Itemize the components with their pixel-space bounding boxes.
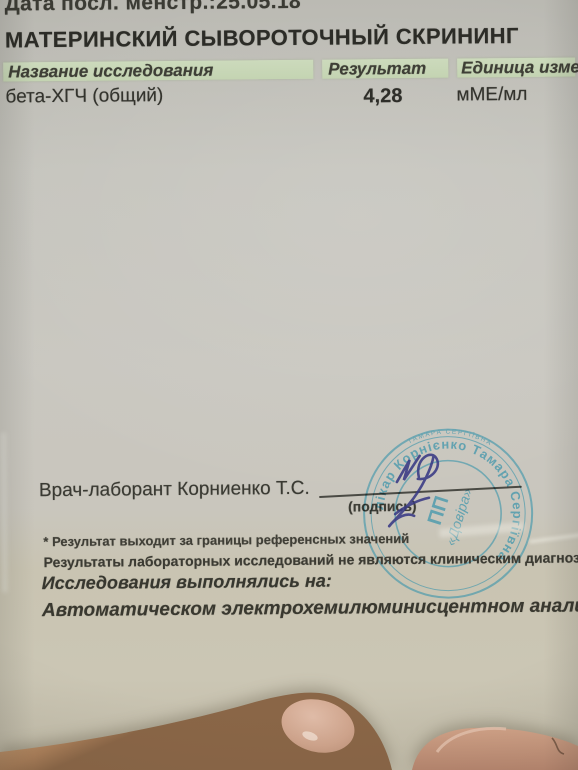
report-title: МАТЕРИНСКИЙ СЫВОРОТОЧНЫЙ СКРИНИНГ	[5, 23, 519, 53]
test-result-cell: 4,28	[363, 85, 402, 108]
table-header-name-label: Название исследования	[8, 61, 213, 83]
table-header-result-label: Результат	[328, 59, 426, 80]
reference-range-footnote: * Результат выходит за границы референсн…	[43, 531, 409, 549]
document-photo: Дата посл. менстр.:25.05.18 МАТЕРИНСКИЙ …	[0, 0, 578, 770]
table-header-unit-label: Единица изме	[461, 57, 578, 78]
doctor-name-label: Врач-лаборант Корниенко Т.С.	[39, 478, 310, 502]
last-menstruation-date-line: Дата посл. менстр.:25.05.18	[5, 0, 302, 16]
thumb	[412, 728, 578, 770]
paper-edge-highlight	[0, 432, 7, 592]
analyzer-description-line: Автоматическом электрохемилюминисцентном…	[42, 595, 578, 622]
test-unit-cell: мМЕ/мл	[456, 84, 527, 107]
performed-on-label: Исследования выполнялись на:	[42, 571, 332, 595]
test-name-cell: бета-ХГЧ (общий)	[5, 85, 163, 108]
fingers-holding-paper	[0, 640, 578, 770]
